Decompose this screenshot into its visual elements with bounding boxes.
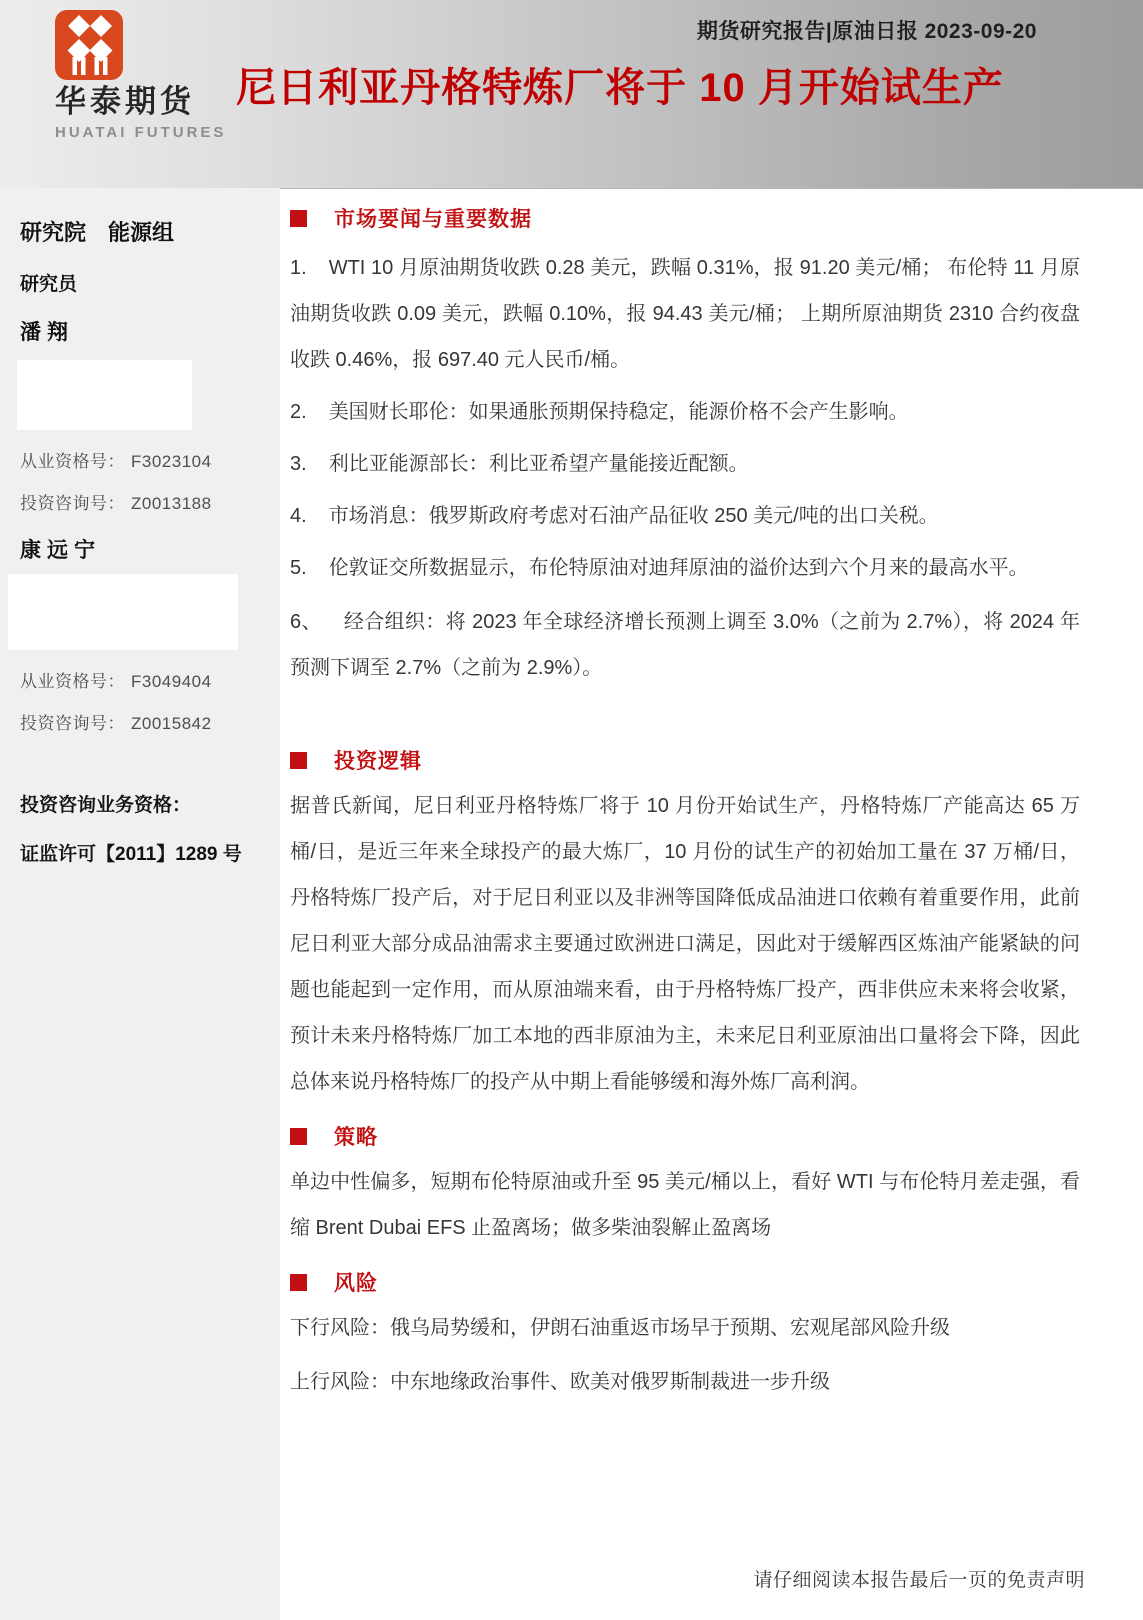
section-header: 风险 (290, 1267, 1080, 1297)
logo-text-en: HUATAI FUTURES (55, 124, 285, 141)
news-item-number: 4. (290, 505, 307, 527)
news-item-text: 美国财长耶伦：如果通胀预期保持稳定，能源价格不会产生影响。 (329, 401, 909, 423)
cert-label: 从业资格号： (20, 452, 125, 471)
analyst-name: 潘翔 (20, 316, 268, 346)
department-label: 研究院 能源组 (20, 216, 268, 247)
analyst-name: 康远宁 (20, 534, 268, 564)
news-item-number: 1. (290, 257, 307, 279)
paragraph: 单边中性偏多，短期布伦特原油或升至 95 美元/桶以上，看好 WTI 与布伦特月… (290, 1159, 1080, 1251)
advisory-value: Z0015842 (131, 714, 212, 733)
report-meta: 期货研究报告|原油日报 2023-09-20 (697, 15, 1037, 45)
news-item: 4.市场消息：俄罗斯政府考虑对石油产品征收 250 美元/吨的出口关税。 (290, 493, 1080, 539)
report-masthead: 华泰期货 HUATAI FUTURES 期货研究报告|原油日报 2023-09-… (0, 0, 1143, 189)
cert-label: 从业资格号： (20, 672, 125, 691)
section-market-news: 市场要闻与重要数据 1.WTI 10 月原油期货收跌 0.28 美元，跌幅 0.… (290, 203, 1080, 691)
redacted-contact-box (8, 574, 238, 650)
advisory-value: Z0013188 (131, 494, 212, 513)
section-title: 投资逻辑 (334, 745, 422, 775)
section-header: 市场要闻与重要数据 (290, 203, 1080, 233)
section-investment-logic: 投资逻辑 据普氏新闻，尼日利亚丹格特炼厂将于 10 月份开始试生产，丹格特炼厂产… (290, 745, 1080, 1105)
cert-value: F3049404 (131, 672, 212, 691)
paragraph: 据普氏新闻，尼日利亚丹格特炼厂将于 10 月份开始试生产，丹格特炼厂产能高达 6… (290, 783, 1080, 1105)
news-item-number: 2. (290, 401, 307, 423)
news-item-text: 伦敦证交所数据显示，布伦特原油对迪拜原油的溢价达到六个月来的最高水平。 (329, 557, 1029, 579)
news-item-number: 6、 (290, 611, 322, 633)
news-item: 5.伦敦证交所数据显示，布伦特原油对迪拜原油的溢价达到六个月来的最高水平。 (290, 545, 1080, 591)
cert-number-line: 从业资格号：F3049404 (20, 667, 268, 692)
upside-risk-paragraph: 上行风险：中东地缘政治事件、欧美对俄罗斯制裁进一步升级 (290, 1359, 1080, 1405)
advisory-number-line: 投资咨询号：Z0015842 (20, 709, 268, 734)
advisory-label: 投资咨询号： (20, 714, 125, 733)
section-bullet-icon (290, 1274, 307, 1291)
news-item-text: 利比亚能源部长：利比亚希望产量能接近配额。 (329, 453, 749, 475)
cert-number-line: 从业资格号：F3023104 (20, 447, 268, 472)
footer-disclaimer: 请仔细阅读本报告最后一页的免责声明 (753, 1565, 1085, 1592)
downside-risk-paragraph: 下行风险：俄乌局势缓和，伊朗石油重返市场早于预期、宏观尾部风险升级 (290, 1305, 1080, 1351)
news-item-text: 经合组织：将 2023 年全球经济增长预测上调至 3.0%（之前为 2.7%），… (290, 611, 1080, 679)
news-item-text: 市场消息：俄罗斯政府考虑对石油产品征收 250 美元/吨的出口关税。 (329, 505, 939, 527)
section-title: 风险 (334, 1267, 378, 1297)
redacted-contact-box (17, 360, 192, 430)
section-header: 策略 (290, 1121, 1080, 1151)
news-item: 2.美国财长耶伦：如果通胀预期保持稳定，能源价格不会产生影响。 (290, 389, 1080, 435)
news-item: 1.WTI 10 月原油期货收跌 0.28 美元，跌幅 0.31%，报 91.2… (290, 245, 1080, 383)
advisory-label: 投资咨询号： (20, 494, 125, 513)
section-risk: 风险 下行风险：俄乌局势缓和，伊朗石油重返市场早于预期、宏观尾部风险升级 上行风… (290, 1267, 1080, 1405)
news-item: 3.利比亚能源部长：利比亚希望产量能接近配额。 (290, 441, 1080, 487)
section-strategy: 策略 单边中性偏多，短期布伦特原油或升至 95 美元/桶以上，看好 WTI 与布… (290, 1121, 1080, 1251)
huatai-logo-icon (55, 10, 123, 82)
news-item-number: 5. (290, 557, 307, 579)
role-label: 研究员 (20, 269, 268, 296)
report-body: 市场要闻与重要数据 1.WTI 10 月原油期货收跌 0.28 美元，跌幅 0.… (290, 188, 1080, 1405)
advisory-number-line: 投资咨询号：Z0013188 (20, 489, 268, 514)
section-title: 市场要闻与重要数据 (334, 203, 532, 233)
section-bullet-icon (290, 210, 307, 227)
news-item-number: 3. (290, 453, 307, 475)
section-title: 策略 (334, 1121, 378, 1151)
page-title: 尼日利亚丹格特炼厂将于 10 月开始试生产 (160, 56, 1080, 113)
news-item: 6、经合组织：将 2023 年全球经济增长预测上调至 3.0%（之前为 2.7%… (290, 599, 1080, 691)
cert-value: F3023104 (131, 452, 212, 471)
section-bullet-icon (290, 752, 307, 769)
news-item-text: WTI 10 月原油期货收跌 0.28 美元，跌幅 0.31%，报 91.20 … (290, 257, 1080, 371)
license-title: 投资咨询业务资格： (20, 790, 268, 817)
sidebar: 研究院 能源组 研究员 潘翔 从业资格号：F3023104 投资咨询号：Z001… (0, 188, 280, 1620)
section-bullet-icon (290, 1128, 307, 1145)
section-header: 投资逻辑 (290, 745, 1080, 775)
license-number: 证监许可【2011】1289 号 (20, 839, 268, 866)
